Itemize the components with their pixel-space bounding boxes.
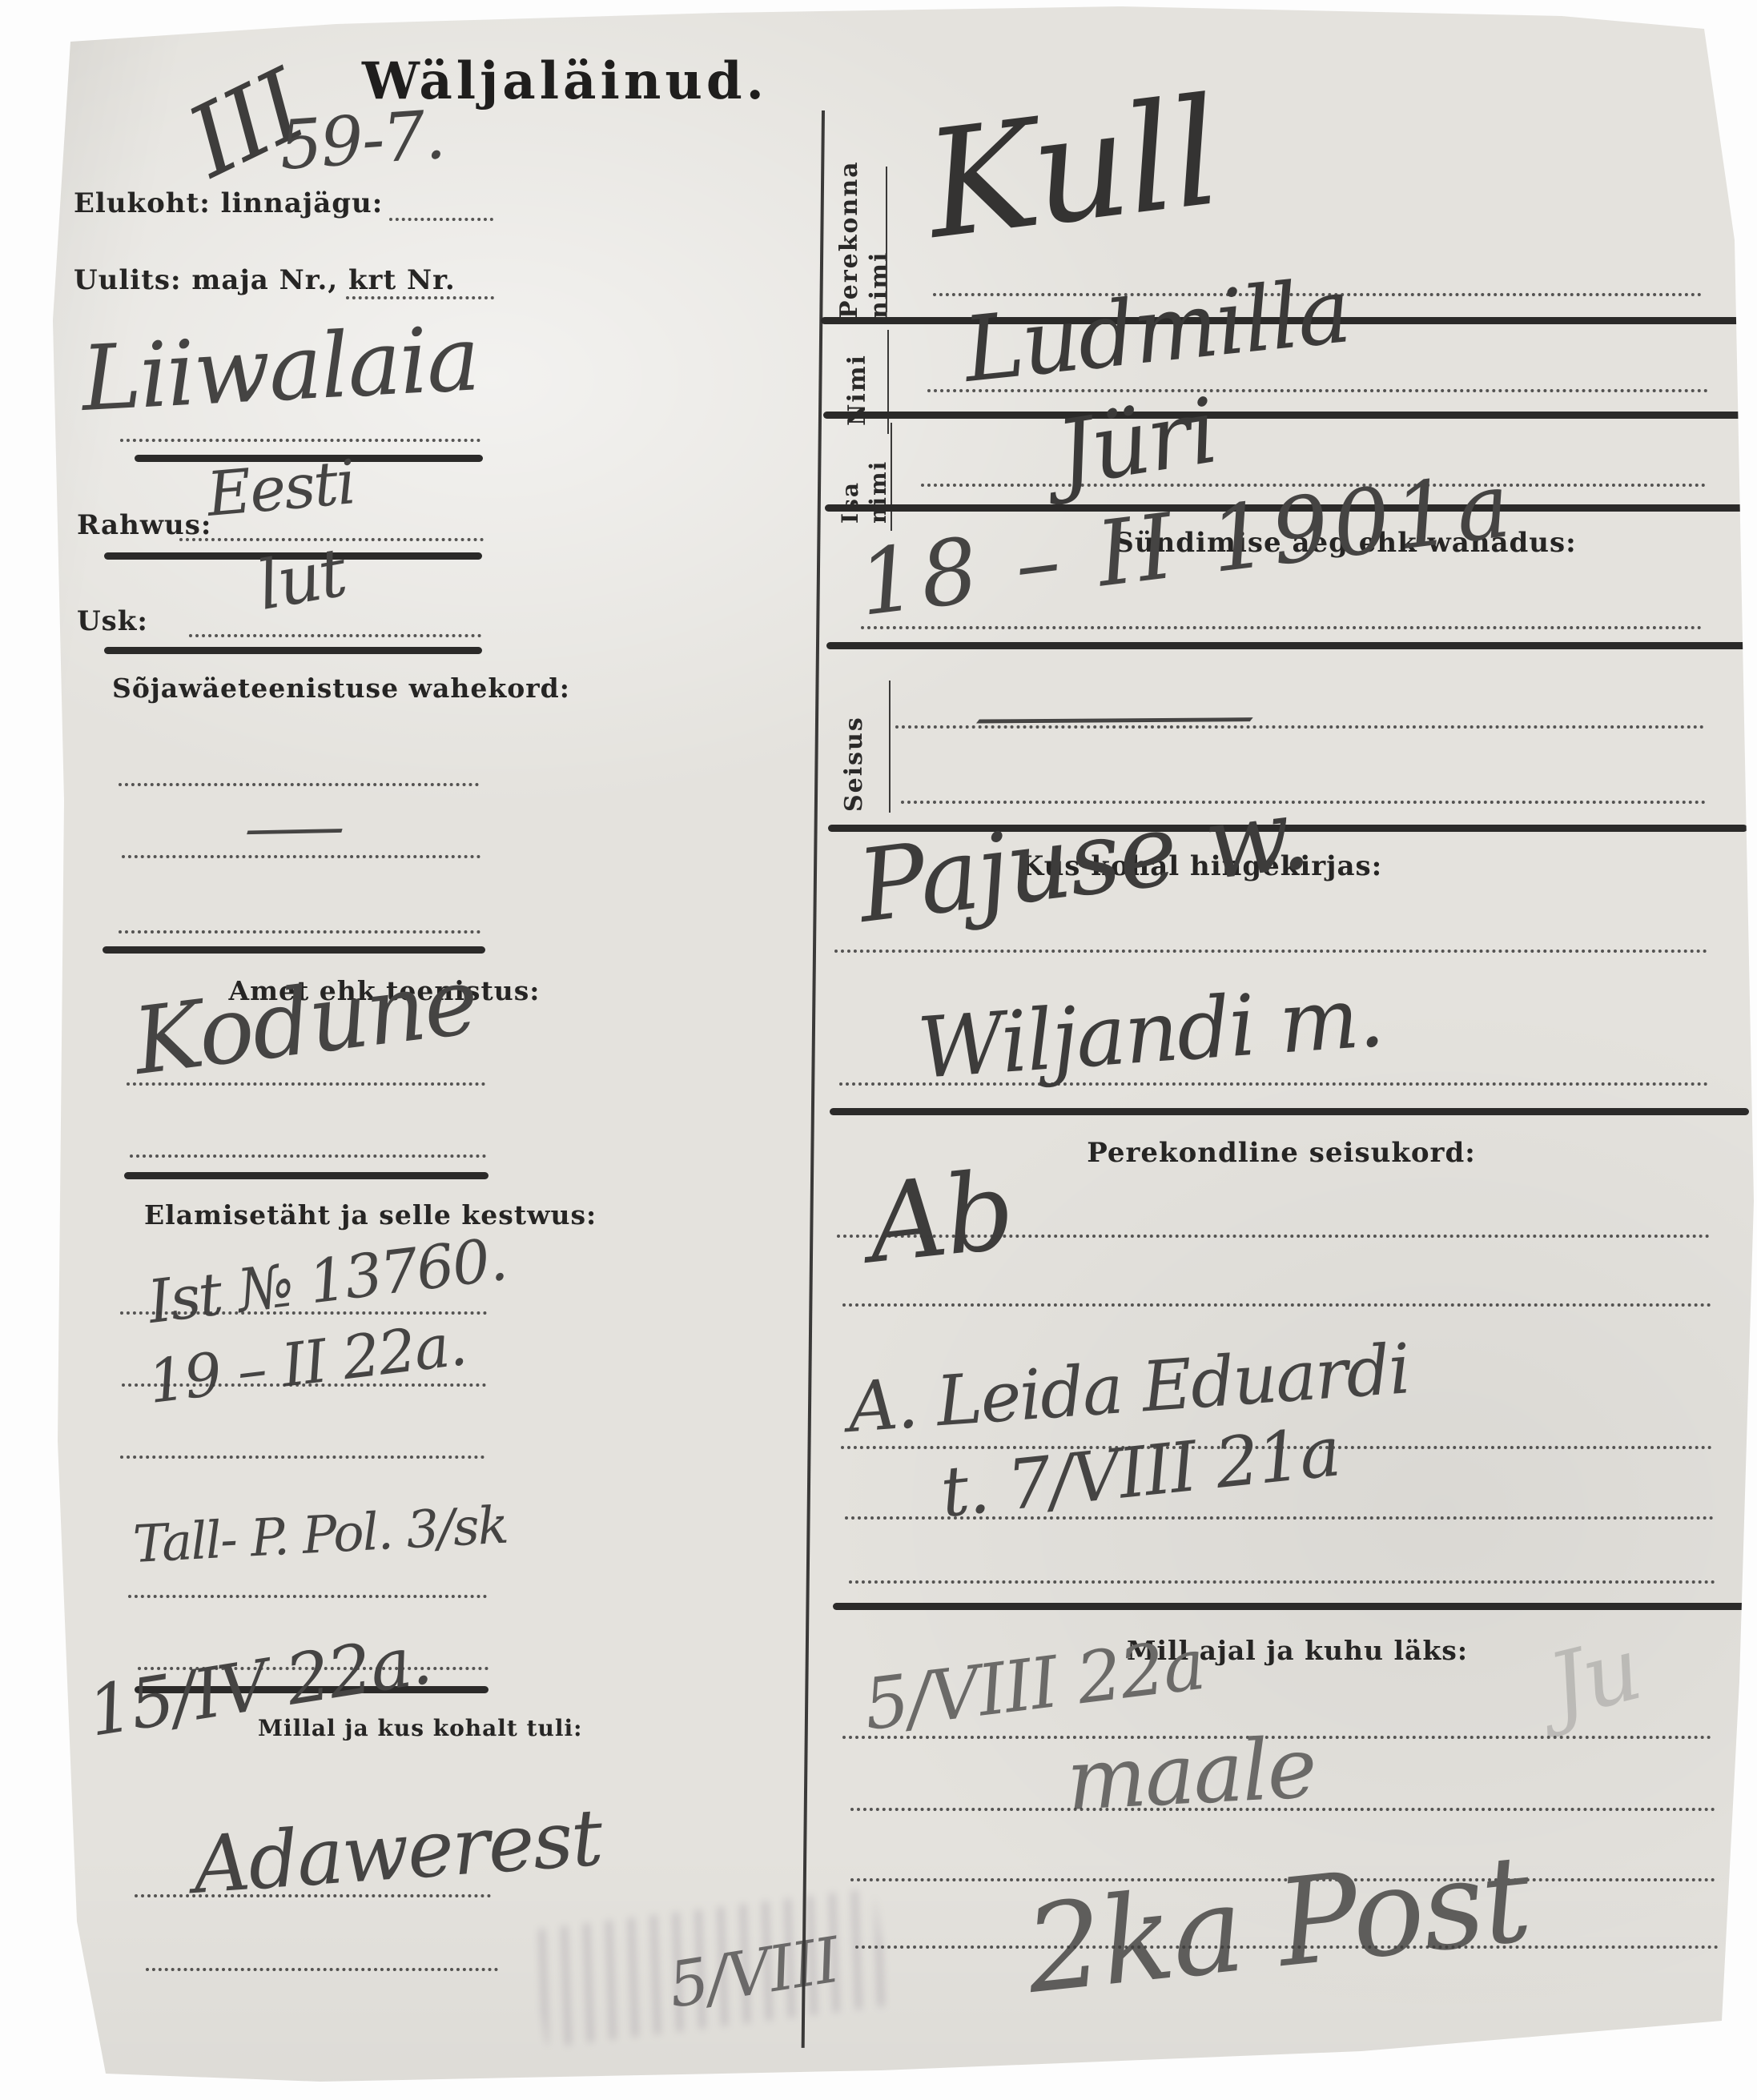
occupation-handwritten: Kodune xyxy=(129,955,482,1089)
dotted-line xyxy=(120,1456,484,1459)
house-number-handwritten: 59-7. xyxy=(277,101,446,179)
label-rule xyxy=(889,681,891,813)
departure-pencil-note: Ju xyxy=(1540,1624,1647,1731)
divider-line xyxy=(826,642,1747,649)
firstname-handwritten: Ludmilla xyxy=(959,266,1353,396)
faded-stamp xyxy=(533,1888,889,2047)
dotted-line xyxy=(119,930,480,934)
permit-label: Elamisetäht ja selle kestwus: xyxy=(144,1199,497,1231)
dotted-line xyxy=(346,296,494,299)
surname-handwritten: Kull xyxy=(919,78,1225,260)
military-handwritten: — xyxy=(240,797,344,857)
column-divider xyxy=(802,110,825,2048)
dotted-line xyxy=(861,626,1702,629)
dotted-line xyxy=(850,1808,1715,1811)
register-county-handwritten: Wiljandi m. xyxy=(915,975,1385,1091)
permit-line3-handwritten: Tall- P. Pol. 3/sk xyxy=(132,1500,509,1571)
dotted-line xyxy=(834,950,1707,953)
father-name-handwritten: Jüri xyxy=(1051,386,1221,500)
dotted-line xyxy=(927,389,1708,392)
label-rule xyxy=(886,167,887,312)
dotted-line xyxy=(135,1894,491,1897)
dotted-line xyxy=(842,1303,1711,1307)
family-status-label: Perekondline seisukord: xyxy=(993,1137,1570,1169)
register-parish-handwritten: Pajuse w. xyxy=(853,783,1313,938)
nationality-label: Rahwus: xyxy=(77,509,211,541)
dotted-line xyxy=(839,1082,1708,1086)
dotted-line xyxy=(389,218,493,221)
dotted-line xyxy=(837,1235,1710,1238)
status-label: Seisus xyxy=(839,690,870,812)
dotted-line xyxy=(120,439,480,442)
dotted-line xyxy=(130,1154,486,1158)
dotted-line xyxy=(127,1082,485,1086)
family-status-handwritten: Ab xyxy=(863,1156,1018,1279)
street-label: Uulits: maja Nr., krt Nr. xyxy=(74,264,456,296)
dotted-line xyxy=(122,1383,486,1387)
dotted-line xyxy=(119,783,479,786)
divider-line xyxy=(104,647,482,654)
dotted-line xyxy=(845,1516,1714,1520)
divider-line xyxy=(833,1603,1750,1610)
religion-label: Usk: xyxy=(77,605,148,637)
military-label: Sõjawäeteenistuse wahekord: xyxy=(112,673,497,704)
nationality-handwritten: Eesti xyxy=(204,452,356,525)
label-rule xyxy=(891,423,892,531)
scanned-registration-card: { "document": { "title": "Wäljaläinud.",… xyxy=(0,0,1757,2100)
street-handwritten: Liiwalaia xyxy=(79,314,480,424)
paper-sheet: Wäljaläinud. Elukoht: linnajägu: III 59-… xyxy=(0,0,1757,2100)
status-handwritten: — xyxy=(959,685,1261,747)
departure-date-handwritten: 5/VIII 22a xyxy=(860,1629,1207,1741)
divider-line xyxy=(830,1108,1749,1115)
dotted-line xyxy=(189,634,481,637)
dotted-line xyxy=(849,1580,1715,1584)
dotted-line xyxy=(128,1595,487,1598)
dotted-line xyxy=(146,1968,498,1971)
religion-handwritten: lut xyxy=(252,538,350,620)
departure-note-handwritten: 2ka Post xyxy=(1020,1839,1534,2011)
dotted-line xyxy=(855,1945,1719,1949)
divider-line xyxy=(124,1172,489,1179)
arrival-place-handwritten: Adawerest xyxy=(191,1799,604,1905)
divider-line xyxy=(823,412,1744,419)
